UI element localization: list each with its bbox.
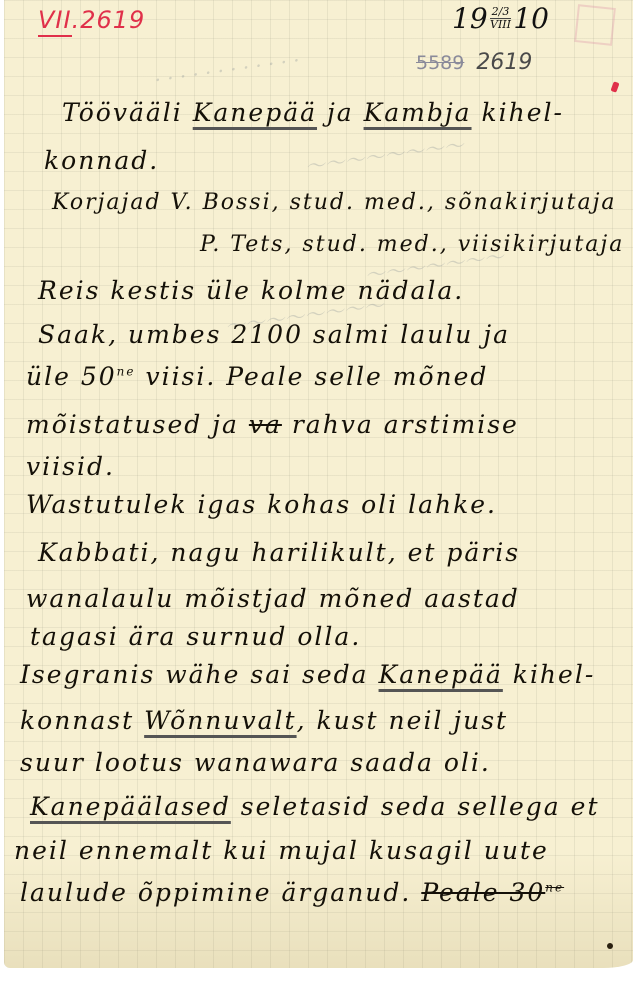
text-line-10: Wastutulek igas kohas oli lahke. — [26, 490, 497, 519]
line-segment: rahva arstimise — [282, 410, 519, 439]
page-number-current: 2619 — [476, 50, 532, 75]
place-name-underlined: Kanepäälased — [30, 792, 231, 821]
text-line-5: Reis kestis üle kolme nädala. — [38, 276, 464, 305]
line-segment: Kabbati, nagu harilikult, et päris — [38, 538, 520, 567]
line-segment: tagasi ära surnud olla. — [30, 622, 361, 651]
text-line-2: konnad. — [44, 146, 159, 175]
line-segment: viisi. Peale selle mõned — [136, 362, 489, 391]
page-number: 5589 2619 — [416, 50, 532, 75]
text-line-8: mõistatused ja va rahva arstimise — [26, 410, 519, 439]
line-segment: üle 50 — [26, 362, 117, 391]
text-line-6: Saak, umbes 2100 salmi laulu ja — [38, 320, 510, 349]
document-date: 19 2/3 VIII 10 — [452, 2, 549, 35]
line-segment: , kust neil just — [297, 706, 509, 735]
line-segment: ja — [317, 98, 364, 127]
date-year-prefix: 19 — [452, 2, 488, 35]
place-name-underlined: Wõnnuvalt — [144, 706, 296, 735]
archive-reference: VII.2619 — [38, 6, 145, 34]
line-segment: Isegranis wähe sai seda — [20, 660, 379, 689]
text-line-9: viisid. — [26, 452, 115, 481]
archive-volume: VII — [38, 6, 72, 37]
place-name-underlined: Kanepää — [193, 98, 317, 127]
line-segment: konnad. — [44, 146, 159, 175]
text-line-16: suur lootus wanawara saada oli. — [20, 748, 491, 777]
line-segment: kihel- — [472, 98, 564, 127]
struck-text: Peale 30 — [421, 878, 545, 907]
text-line-4: P. Tets, stud. med., viisikirjutaja — [200, 232, 624, 257]
struck-text: va — [249, 410, 282, 439]
line-segment: suur lootus wanawara saada oli. — [20, 748, 491, 777]
line-segment: Töövääli — [62, 98, 193, 127]
ink-blot — [607, 943, 613, 949]
place-name-underlined: Kanepää — [379, 660, 503, 689]
line-segment: Korjajad V. Bossi, stud. med., sõnakirju… — [52, 190, 617, 215]
date-year-suffix: 10 — [513, 2, 549, 35]
line-segment: Reis kestis üle kolme nädala. — [38, 276, 464, 305]
red-ink-mark — [610, 81, 619, 92]
bleed-through-text: ～～～～～～～～ — [303, 129, 465, 180]
ordinal-suffix: ne — [545, 881, 564, 895]
archive-separator: . — [72, 6, 81, 34]
line-segment: Saak, umbes 2100 salmi laulu ja — [38, 320, 510, 349]
text-line-11: Kabbati, nagu harilikult, et päris — [38, 538, 520, 567]
text-line-12: wanalaulu mõistjad mõned aastad — [26, 584, 520, 613]
line-segment: viisid. — [26, 452, 115, 481]
bleed-through-text: · · · · · · · · · · · · — [153, 48, 301, 92]
ordinal-suffix: ne — [117, 365, 136, 379]
line-segment: seletasid seda sellega et — [231, 792, 600, 821]
line-segment: P. Tets, stud. med., viisikirjutaja — [200, 232, 624, 257]
text-line-13: tagasi ära surnud olla. — [30, 622, 361, 651]
line-segment: neil ennemalt kui mujal kusagil uute — [14, 836, 549, 865]
date-month: VIII — [490, 19, 511, 31]
text-line-17: Kanepäälased seletasid seda sellega et — [30, 792, 600, 821]
text-line-7: üle 50ne viisi. Peale selle mõned — [26, 362, 488, 391]
line-segment: mõistatused ja — [26, 410, 249, 439]
line-segment: wanalaulu mõistjad mõned aastad — [26, 584, 520, 613]
line-segment: Wastutulek igas kohas oli lahke. — [26, 490, 497, 519]
line-segment: konnast — [20, 706, 144, 735]
faint-stamp-mark — [574, 4, 616, 46]
text-line-14: Isegranis wähe sai seda Kanepää kihel- — [20, 660, 595, 689]
manuscript-sheet: · · · · · · · · · · · · ～～～～～～～～ ～～～～～～～… — [4, 0, 633, 968]
text-line-18: neil ennemalt kui mujal kusagil uute — [14, 836, 549, 865]
archive-number: 2619 — [80, 6, 145, 34]
text-line-19: laulude õppimine ärganud. Peale 30ne — [20, 878, 564, 907]
place-name-underlined: Kambja — [364, 98, 472, 127]
text-line-3: Korjajad V. Bossi, stud. med., sõnakirju… — [52, 190, 617, 215]
line-segment: laulude õppimine ärganud. — [20, 878, 421, 907]
page-number-struck: 5589 — [416, 52, 464, 74]
text-line-15: konnast Wõnnuvalt, kust neil just — [20, 706, 508, 735]
date-day-month: 2/3 VIII — [490, 6, 512, 31]
line-segment: kihel- — [503, 660, 595, 689]
text-line-1: Töövääli Kanepää ja Kambja kihel- — [62, 98, 564, 127]
